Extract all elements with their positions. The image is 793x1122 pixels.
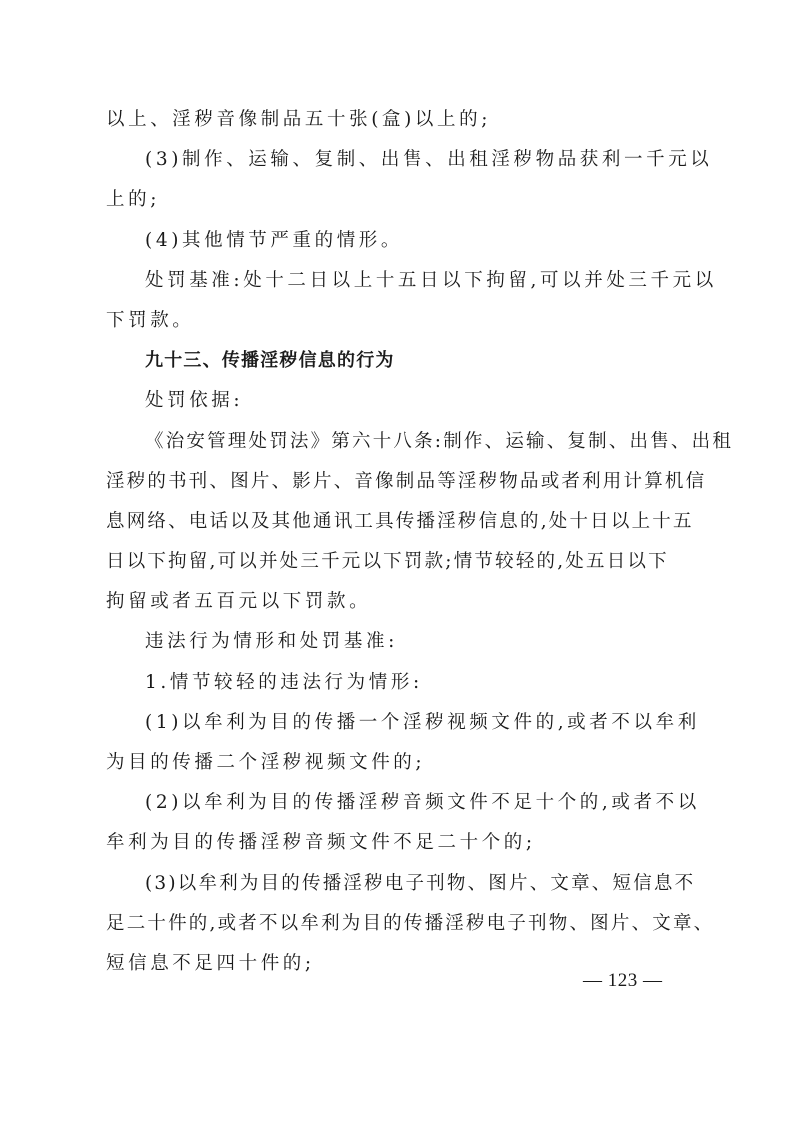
text-line: (4)其他情节严重的情形。 [106,221,692,261]
text-line: 淫秽的书刊、图片、影片、音像制品等淫秽物品或者利用计算机信 [106,462,692,502]
section-heading: 九十三、传播淫秽信息的行为 [106,341,692,381]
document-page: 以上、淫秽音像制品五十张(盒)以上的; (3)制作、运输、复制、出售、出租淫秽物… [106,100,692,984]
text-line: 足二十件的,或者不以牟利为目的传播淫秽电子刊物、图片、文章、 [106,904,692,944]
text-line: 处罚基准:处十二日以上十五日以下拘留,可以并处三千元以 [106,261,692,301]
text-line: 处罚依据: [106,381,692,421]
page-number: — 123 — [583,970,663,992]
text-line: (2)以牟利为目的传播淫秽音频文件不足十个的,或者不以 [106,783,692,823]
text-line: 违法行为情形和处罚基准: [106,622,692,662]
text-line: 以上、淫秽音像制品五十张(盒)以上的; [106,100,692,140]
text-line: 下罚款。 [106,301,692,341]
text-line: (3)制作、运输、复制、出售、出租淫秽物品获利一千元以 [106,140,692,180]
text-line: 日以下拘留,可以并处三千元以下罚款;情节较轻的,处五日以下 [106,542,692,582]
text-line: (1)以牟利为目的传播一个淫秽视频文件的,或者不以牟利 [106,703,692,743]
text-line: 上的; [106,180,692,220]
text-line: 为目的传播二个淫秽视频文件的; [106,743,692,783]
text-line: 1.情节较轻的违法行为情形: [106,663,692,703]
text-line: 息网络、电话以及其他通讯工具传播淫秽信息的,处十日以上十五 [106,502,692,542]
text-line: 拘留或者五百元以下罚款。 [106,582,692,622]
text-line: (3)以牟利为目的传播淫秽电子刊物、图片、文章、短信息不 [106,864,692,904]
text-line: 牟利为目的传播淫秽音频文件不足二十个的; [106,823,692,863]
text-line: 《治安管理处罚法》第六十八条:制作、运输、复制、出售、出租 [106,422,692,462]
